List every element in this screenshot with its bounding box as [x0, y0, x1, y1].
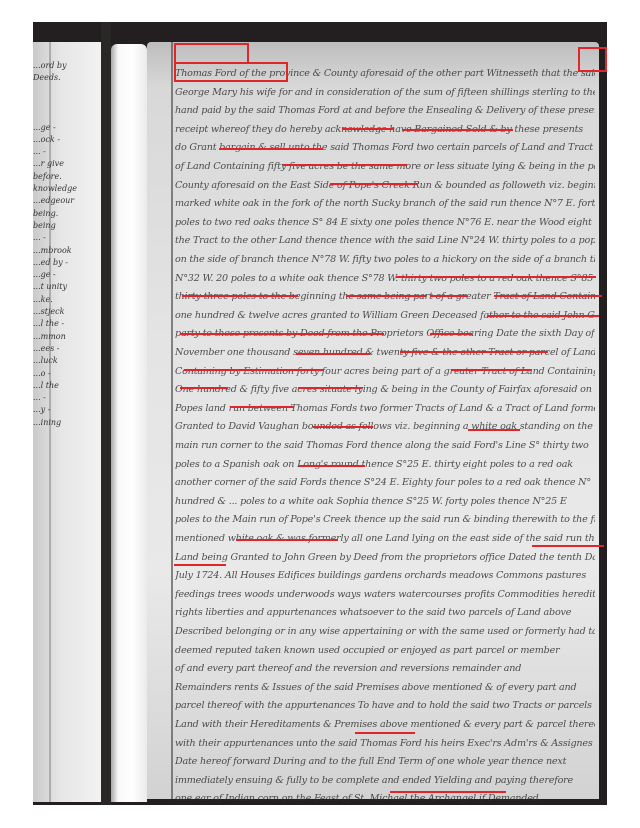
margin-note: ...y - [33, 404, 101, 416]
deed-line: November one thousand seven hundred & tw… [175, 347, 595, 363]
margin-note: ...t unity [33, 281, 101, 293]
deed-line: July 1724. All Houses Edifices buildings… [175, 570, 595, 586]
scanned-document: ...ord byDeeds....ge -...ock -... -...r … [33, 22, 607, 805]
annotation-underline [230, 406, 294, 408]
margin-note: ...ining [33, 417, 101, 429]
deed-line: rights liberties and appurtenances whats… [175, 607, 595, 623]
deed-line: Remainders rents & Issues of the said Pr… [175, 682, 595, 698]
annotation-underline [298, 387, 362, 389]
binding-gutter [101, 22, 111, 805]
deed-line: hand paid by the said Thomas Ford at and… [175, 105, 595, 121]
margin-note: knowledge [33, 183, 101, 195]
margin-note: ... - [33, 146, 101, 158]
annotation-underline [184, 369, 324, 371]
margin-note: ...r give [33, 158, 101, 170]
deed-page: Thomas Ford of the province & County afo… [147, 42, 599, 799]
deed-line: main run corner to the said Thomas Ford … [175, 440, 595, 456]
deed-line: on the side of branch thence N°78 W. fif… [175, 254, 595, 270]
deed-line: hundred & ... poles to a white oak Sophi… [175, 496, 595, 512]
annotation-underline [182, 295, 298, 297]
margin-note: ...ees - [33, 343, 101, 355]
margin-note: being [33, 220, 101, 232]
annotation-underline [452, 369, 532, 371]
deed-line: poles to two red oaks thence S° 84 E six… [175, 217, 595, 233]
deed-line: Granted to David Vaughan bounded as foll… [175, 421, 595, 437]
annotation-underline [396, 276, 596, 278]
margin-note: being. [33, 208, 101, 220]
deed-line: County aforesaid on the East Side of Pop… [175, 180, 595, 196]
margin-note: ...luck [33, 355, 101, 367]
page-edge-strip [111, 44, 147, 802]
annotation-underline [532, 545, 604, 547]
deed-line: party to these presents by Deed from the… [175, 328, 595, 344]
margin-note: ...mmon [33, 331, 101, 343]
margin-note: ...ord by [33, 60, 101, 72]
deed-line: the Tract to the other Land thence thenc… [175, 235, 595, 251]
margin-note: ...l the - [33, 318, 101, 330]
margin-note: ... - [33, 232, 101, 244]
deed-line: feedings trees woods underwoods ways wat… [175, 589, 595, 605]
annotation-underline [487, 315, 599, 317]
margin-note: ...edgeour [33, 195, 101, 207]
deed-line: one ear of Indian corn on the Feast of S… [175, 793, 595, 805]
deed-line: Land being Granted to John Green by Deed… [175, 552, 595, 568]
annotation-underline [283, 164, 407, 166]
margin-note: ...l the [33, 380, 101, 392]
annotation-underline [296, 353, 370, 355]
margin-note: ...ed by - [33, 257, 101, 269]
deed-line: receipt whereof they do hereby acknowled… [175, 124, 595, 140]
grantor-names-box [174, 62, 288, 82]
deed-line: marked white oak in the fork of the nort… [175, 198, 595, 214]
deed-line: N°32 W. 20 poles to a white oak thence S… [175, 273, 595, 289]
deed-line: immediately ensuing & fully to be comple… [175, 775, 595, 791]
annotation-underline [330, 183, 418, 185]
annotation-underline [174, 564, 226, 566]
annotation-underline [236, 539, 338, 541]
annotation-underline [430, 333, 472, 335]
annotation-underline [355, 732, 415, 734]
margin-note: ...ke. [33, 294, 101, 306]
deed-line: Containing by Estimation forty four acre… [175, 366, 595, 382]
grantee-name-box [174, 43, 249, 64]
deed-line: poles to a Spanish oak on Long's round t… [175, 459, 595, 475]
deed-line: do Grant bargain & sell unto the said Th… [175, 142, 595, 158]
annotation-underline [180, 387, 228, 389]
deed-line: Date hereof forward During and to the fu… [175, 756, 595, 772]
margin-note: Deeds. [33, 72, 101, 84]
annotation-underline [468, 429, 520, 431]
deed-line: deemed reputed taken known used occupied… [175, 645, 595, 661]
margin-note: ...ock - [33, 134, 101, 146]
annotation-underline [313, 426, 373, 428]
deed-line: Described belonging or in any wise apper… [175, 626, 595, 642]
deed-line: another corner of the said Fords thence … [175, 477, 595, 493]
deed-line: One hundred & fifty five acres situate l… [175, 384, 595, 400]
annotation-underline [219, 148, 323, 150]
deed-line: one hundred & twelve acres granted to Wi… [175, 310, 595, 326]
deed-line: poles to the Main run of Pope's Creek th… [175, 514, 595, 530]
deed-line: thirty three poles to the beginning the … [175, 291, 595, 307]
deed-line: of and every part thereof and the revers… [175, 663, 595, 679]
annotation-underline [180, 333, 384, 335]
margin-note: ... - [33, 392, 101, 404]
annotation-underline [299, 465, 365, 467]
annotation-underline [430, 295, 468, 297]
margin-note: ...mbrook [33, 245, 101, 257]
deed-line: George Mary his wife for and in consider… [175, 87, 595, 103]
annotation-underline [346, 295, 426, 297]
page-margin-rule [171, 42, 173, 799]
margin-note: ...stjeck [33, 306, 101, 318]
margin-note: ...o - [33, 368, 101, 380]
corner-mark-box [578, 47, 607, 72]
annotation-underline [400, 351, 548, 353]
left-page-fragment: ...ord byDeeds....ge -...ock -... -...r … [33, 42, 101, 802]
deed-line: parcel thereof with the appurtenances To… [175, 700, 595, 716]
annotation-underline [403, 129, 513, 131]
margin-note: ...ge - [33, 269, 101, 281]
margin-note: before. [33, 171, 101, 183]
deed-line: with their appurtenances unto the said T… [175, 738, 595, 754]
annotation-underline [390, 791, 506, 793]
annotation-underline [342, 128, 394, 130]
annotation-underline [494, 295, 602, 297]
margin-note: ...ge - [33, 122, 101, 134]
